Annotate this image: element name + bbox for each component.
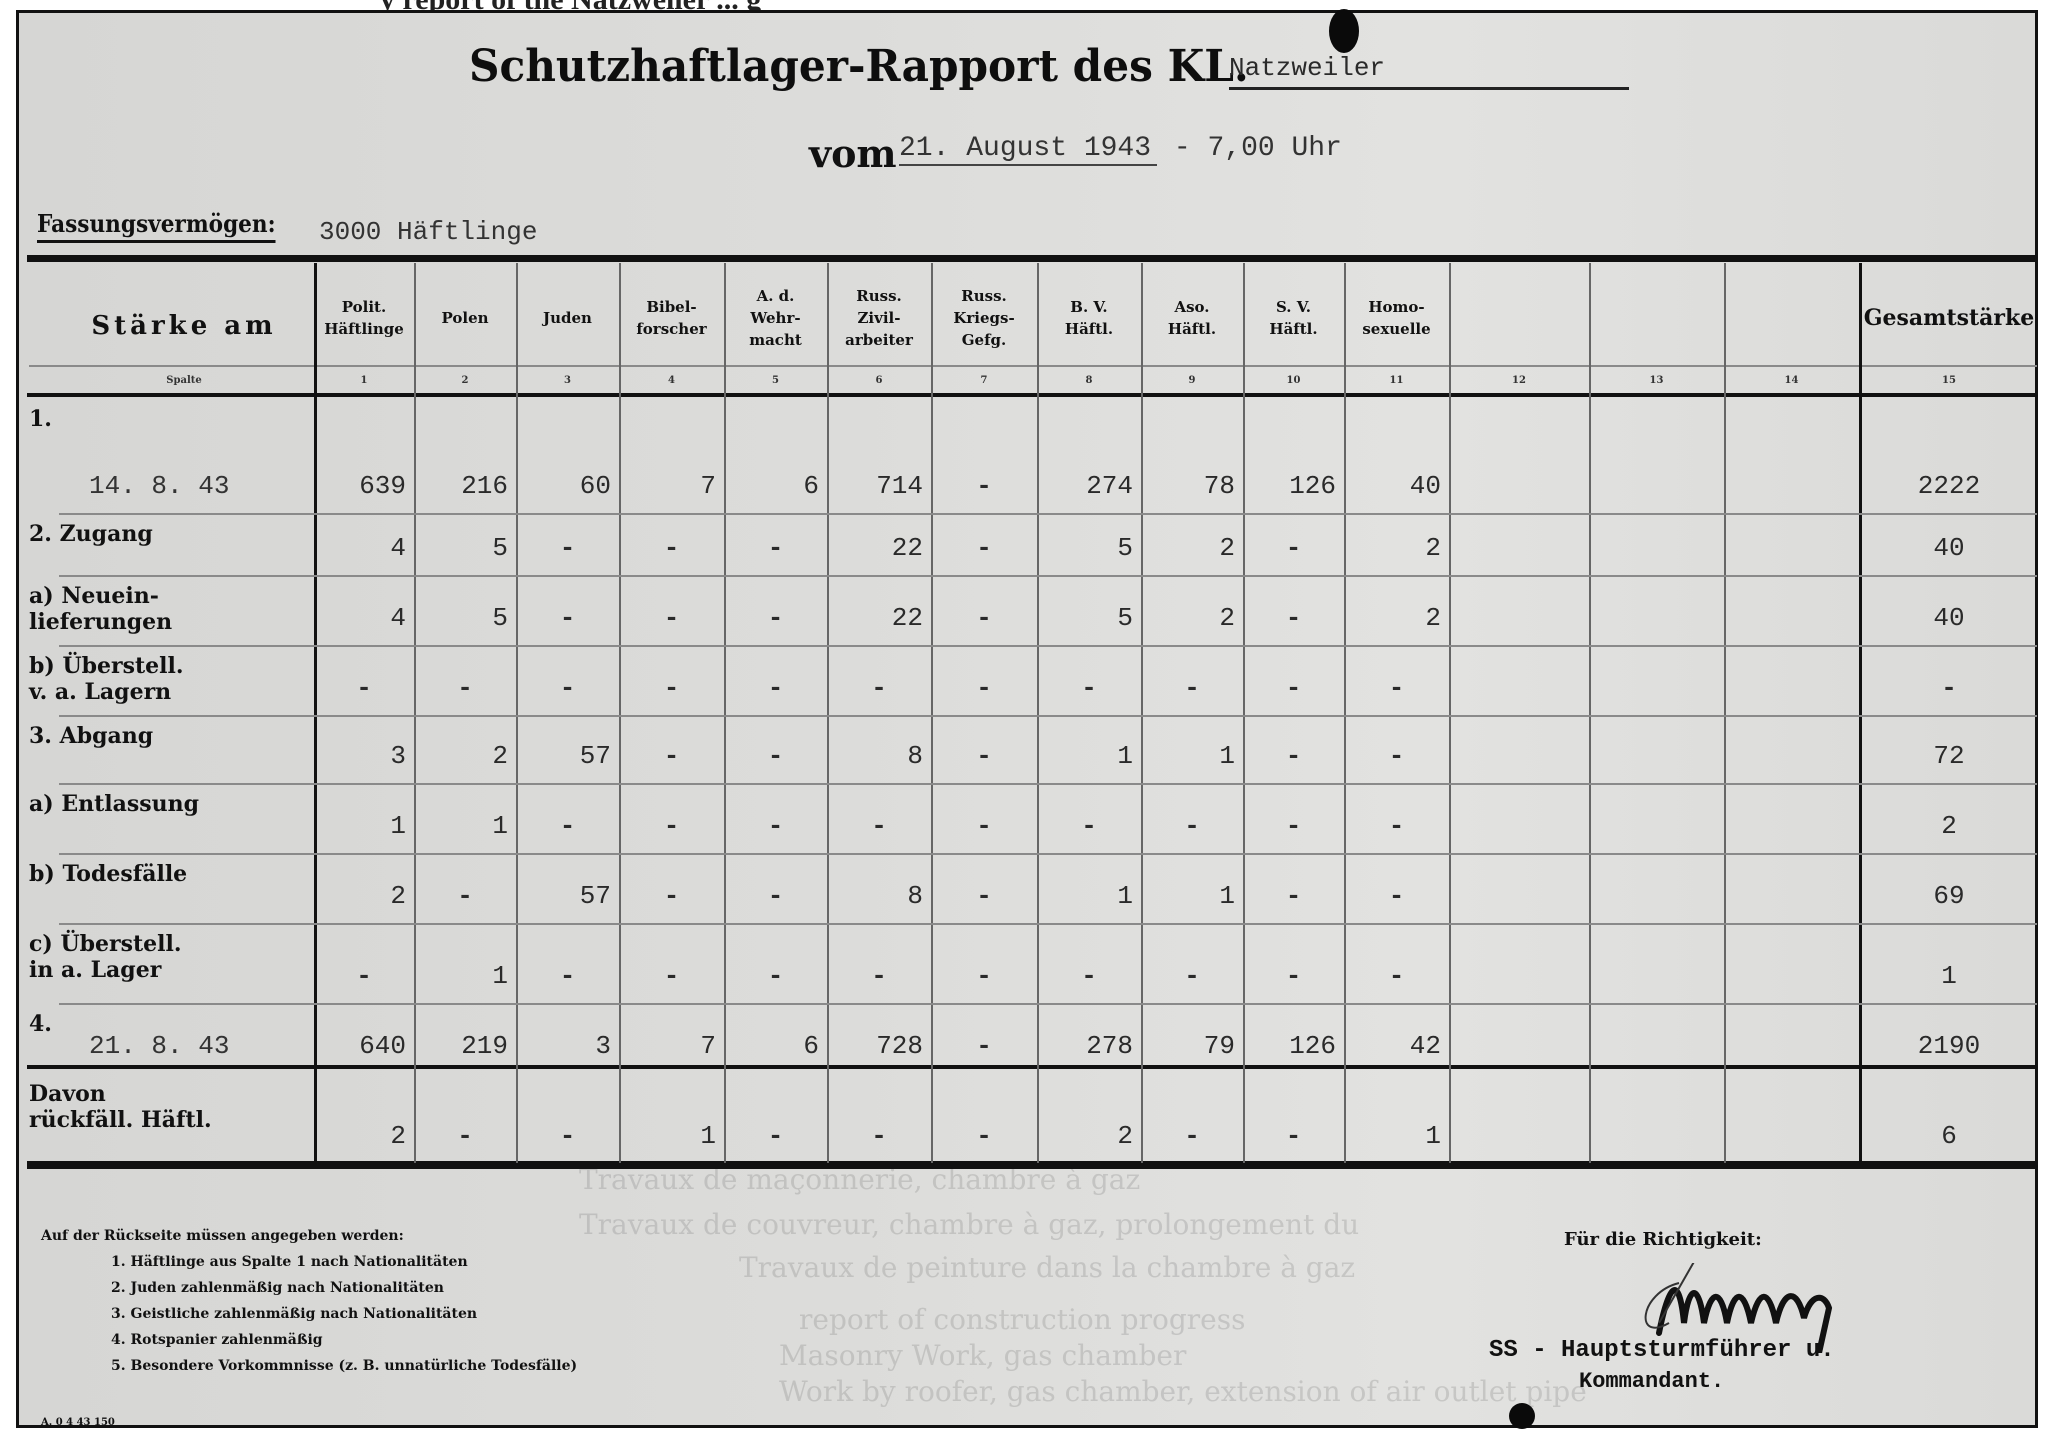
table-cell: - [1344,811,1449,841]
column-divider [931,263,933,1163]
capacity-label: Fassungsvermögen: [37,209,276,243]
table-cell: - [724,961,827,991]
table-cell: - [1243,811,1344,841]
table-cell: - [1344,961,1449,991]
table-cell: 714 [827,471,931,501]
table-cell: - [931,1031,1037,1061]
table-cell: - [724,1121,827,1151]
staerke-am-label: Stärke am [59,311,309,341]
table-cell: 640 [314,1031,414,1061]
bleed-through-line: Travaux de couvreur, chambre à gaz, prol… [579,1208,1359,1241]
footnote-item: 5. Besondere Vorkommnisse (z. B. unnatür… [41,1353,577,1379]
table-cell: 1 [1037,741,1141,771]
column-header: Bibel- forscher [619,263,724,373]
table-cell: 2 [1344,533,1449,563]
bleed-through-line: Travaux de peinture dans la chambre à ga… [739,1251,1355,1284]
table-cell: 1 [619,1121,724,1151]
column-number: 9 [1141,375,1243,386]
table-cell: - [314,673,414,703]
column-divider [1859,263,1862,1163]
table-cell: 274 [1037,471,1141,501]
table-cell: 2 [1141,603,1243,633]
row4-rule [27,1065,2037,1069]
table-cell: - [516,811,619,841]
header-bottom-rule [27,393,2037,397]
row-label: b) Todesfälle [29,861,309,887]
column-header: Gesamtstärke [1859,263,2039,373]
table-cell: 1 [1859,961,2039,991]
column-divider [1589,263,1591,1163]
table-cell: 78 [1141,471,1243,501]
table-cell: - [414,1121,516,1151]
row-label: a) Neuein- lieferungen [29,583,309,635]
table-cell: - [1243,881,1344,911]
table-cell: 278 [1037,1031,1141,1061]
column-number: 12 [1449,375,1589,386]
column-number: 8 [1037,375,1141,386]
table-cell: - [1243,741,1344,771]
table-cell: - [931,881,1037,911]
row-rule [59,1003,2037,1005]
table-cell: - [619,741,724,771]
table-cell: - [931,673,1037,703]
table-cell: - [1859,673,2039,703]
table-cell: - [931,603,1037,633]
table-cell: - [516,673,619,703]
table-cell: 3 [314,741,414,771]
table-cell: - [619,603,724,633]
table-cell: - [1141,673,1243,703]
footnote-item: 2. Juden zahlenmäßig nach Nationalitäten [41,1275,577,1301]
row-rule [59,575,2037,577]
footnote-item: 4. Rotspanier zahlenmäßig [41,1327,577,1353]
table-cell: - [724,741,827,771]
table-cell: - [516,533,619,563]
report-date: 21. August 1943 - 7,00 Uhr [899,133,1419,164]
table-cell: 2 [314,1121,414,1151]
table-cell: 8 [827,881,931,911]
row-label: 2. Zugang [29,521,309,547]
column-header: Aso. Häftl. [1141,263,1243,373]
table-cell: 1 [414,961,516,991]
column-divider [1344,263,1346,1163]
table-cell: 2190 [1859,1031,2039,1061]
table-cell: 6 [724,1031,827,1061]
table-cell: - [931,533,1037,563]
table-cell: 2222 [1859,471,2039,501]
column-header: Russ. Kriegs- Gefg. [931,263,1037,373]
row-label: Davon rückfäll. Häftl. [29,1081,309,1133]
table-cell: 40 [1859,533,2039,563]
column-header [1724,263,1859,373]
column-number: 6 [827,375,931,386]
table-cell: 1 [314,811,414,841]
spalte-label: Spalte [59,375,309,386]
table-cell: - [516,603,619,633]
table-cell: 69 [1859,881,2039,911]
table-cell: - [931,741,1037,771]
signatory-rank: SS - Hauptsturmführer u. [1489,1337,1835,1364]
table-cell: - [724,881,827,911]
row-label: b) Überstell. v. a. Lagern [29,653,309,705]
row-label: 1. [29,406,309,432]
column-header: Polit. Häftlinge [314,263,414,373]
column-header [1449,263,1589,373]
table-cell: - [1243,533,1344,563]
column-header: Homo- sexuelle [1344,263,1449,373]
table-cell: 216 [414,471,516,501]
table-cell: 3 [516,1031,619,1061]
capacity-value: 3000 Häftlinge [319,217,537,247]
table-cell: 126 [1243,471,1344,501]
table-cell: - [931,471,1037,501]
table-cell: 1 [414,811,516,841]
table-cell: - [931,961,1037,991]
table-cell: 219 [414,1031,516,1061]
table-cell: - [724,811,827,841]
row-label: 3. Abgang [29,723,309,749]
table-cell: 5 [1037,603,1141,633]
column-header [1589,263,1724,373]
bleed-through-line: report of construction progress [799,1303,1245,1336]
row-label: c) Überstell. in a. Lager [29,931,309,983]
row-date: 21. 8. 43 [89,1031,229,1061]
table-cell: 4 [314,533,414,563]
column-divider [414,263,416,1163]
table-cell: 60 [516,471,619,501]
table-cell: 5 [1037,533,1141,563]
column-header: Polen [414,263,516,373]
heavy-rule [27,255,2037,262]
footnote-item: 3. Geistliche zahlenmäßig nach Nationali… [41,1301,577,1327]
table-cell: 2 [1037,1121,1141,1151]
report-date-value: 21. August 1943 [899,133,1157,166]
column-header: Russ. Zivil- arbeiter [827,263,931,373]
column-divider [619,263,621,1163]
punch-hole [1329,9,1359,53]
table-cell: - [1344,881,1449,911]
table-cell: - [1243,603,1344,633]
row-rule [59,645,2037,647]
table-cell: 57 [516,741,619,771]
table-cell: - [724,603,827,633]
table-cell: - [516,961,619,991]
column-divider [827,263,829,1163]
column-number: 13 [1589,375,1724,386]
bleed-through-line: Work by roofer, gas chamber, extension o… [779,1375,1587,1408]
table-bottom-rule [27,1161,2037,1169]
table-cell: 2 [314,881,414,911]
table-cell: 5 [414,603,516,633]
table-cell: 79 [1141,1031,1243,1061]
table-cell: - [1243,1121,1344,1151]
table-cell: 2 [1141,533,1243,563]
footnote-item: 1. Häftlinge aus Spalte 1 nach Nationali… [41,1249,577,1275]
table-cell: - [1243,673,1344,703]
camp-name: Natzweiler [1229,53,1629,90]
column-number: 3 [516,375,619,386]
table-cell: - [827,673,931,703]
row-date: 14. 8. 43 [89,471,229,501]
column-divider [1141,263,1143,1163]
table-cell: - [414,881,516,911]
table-cell: 1 [1141,881,1243,911]
table-cell: - [827,1121,931,1151]
table-cell: 22 [827,533,931,563]
table-cell: - [1037,961,1141,991]
row-rule [59,513,2037,515]
footnote-heading: Auf der Rückseite müssen angegeben werde… [41,1223,577,1249]
column-divider [314,263,317,1163]
table-cell: 57 [516,881,619,911]
table-cell: - [1141,1121,1243,1151]
row-rule [59,783,2037,785]
table-cell: 72 [1859,741,2039,771]
table-cell: - [1037,673,1141,703]
table-cell: - [827,961,931,991]
column-divider [1243,263,1245,1163]
table-cell: - [516,1121,619,1151]
column-divider [1037,263,1039,1163]
table-cell: - [931,1121,1037,1151]
document-title: Schutzhaftlager-Rapport des KL. [469,41,1249,92]
table-cell: - [1344,741,1449,771]
table-cell: - [314,961,414,991]
table-cell: - [619,673,724,703]
table-cell: 2 [1859,811,2039,841]
bleed-through-line: Masonry Work, gas chamber [779,1339,1186,1372]
table-cell: 5 [414,533,516,563]
table-cell: 6 [1859,1121,2039,1151]
column-number: 1 [314,375,414,386]
column-number: 5 [724,375,827,386]
table-cell: - [414,673,516,703]
report-time: - 7,00 Uhr [1174,133,1342,164]
table-cell: 6 [724,471,827,501]
column-divider [516,263,518,1163]
row-rule [59,715,2037,717]
table-cell: 2 [1344,603,1449,633]
column-number: 2 [414,375,516,386]
column-number: 10 [1243,375,1344,386]
table-cell: 1 [1141,741,1243,771]
column-divider [1449,263,1451,1163]
table-cell: 7 [619,1031,724,1061]
row-label: a) Entlassung [29,791,309,817]
table-cell: 1 [1344,1121,1449,1151]
table-cell: - [1141,961,1243,991]
table-cell: 40 [1344,471,1449,501]
vom-label: vom [809,131,897,176]
table-cell: 42 [1344,1031,1449,1061]
column-header: S. V. Häftl. [1243,263,1344,373]
row-rule [59,923,2037,925]
table-cell: 7 [619,471,724,501]
form-number: A. 0 4 43 150 [41,1417,115,1428]
table-cell: - [1243,961,1344,991]
table-cell: 2 [414,741,516,771]
table-cell: 728 [827,1031,931,1061]
column-number: 11 [1344,375,1449,386]
column-number: 15 [1859,375,2039,386]
table-cell: 126 [1243,1031,1344,1061]
table-cell: - [724,673,827,703]
signature-label: Für die Richtigkeit: [1564,1229,1762,1250]
footnotes: Auf der Rückseite müssen angegeben werde… [41,1223,577,1379]
column-number: 4 [619,375,724,386]
table-cell: 4 [314,603,414,633]
column-header: A. d. Wehr- macht [724,263,827,373]
table-cell: 40 [1859,603,2039,633]
row-rule [59,853,2037,855]
table-cell: - [931,811,1037,841]
column-divider [1724,263,1726,1163]
table-cell: - [724,533,827,563]
punch-hole [1509,1403,1535,1429]
table-cell: - [1037,811,1141,841]
table-cell: - [827,811,931,841]
column-number: 14 [1724,375,1859,386]
table-cell: - [619,533,724,563]
table-cell: - [1344,673,1449,703]
table-cell: 8 [827,741,931,771]
column-header: B. V. Häftl. [1037,263,1141,373]
document-page: Travaux de maçonnerie, chambre à gaz Tra… [16,10,2038,1428]
table-cell: 22 [827,603,931,633]
table-cell: - [619,811,724,841]
table-cell: 639 [314,471,414,501]
table-cell: - [619,881,724,911]
column-header: Juden [516,263,619,373]
table-cell: - [619,961,724,991]
column-divider [724,263,726,1163]
table-cell: - [1141,811,1243,841]
signatory-title: Kommandant. [1579,1369,1724,1394]
top-caption-fragment: y report of the Natzweiler ... g [380,0,1680,10]
table-cell: 1 [1037,881,1141,911]
column-number: 7 [931,375,1037,386]
